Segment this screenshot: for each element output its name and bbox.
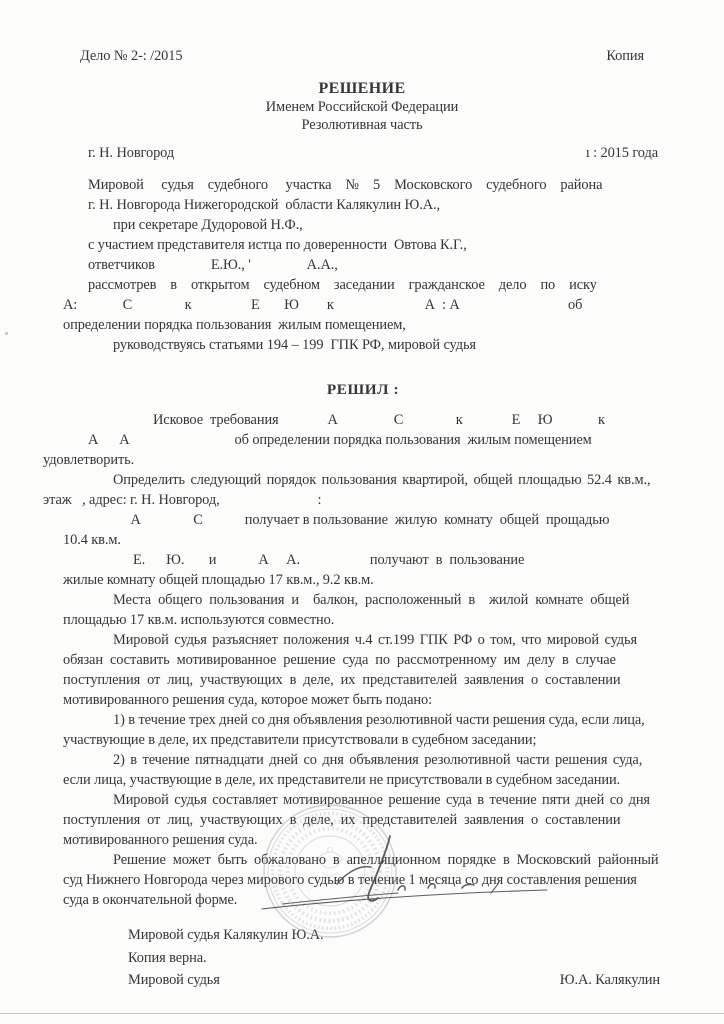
document-line: 1) в течение трех дней со дня объявления…: [63, 710, 703, 730]
judge-title-label: Мировой судья: [128, 969, 220, 992]
document-line: г. Н. Новгорода Нижегородской области Ка…: [63, 195, 703, 215]
document-line: Е. Ю. и А А. получают в пользование: [63, 550, 703, 570]
resolution-heading: РЕШИЛ :: [63, 381, 663, 399]
case-number: Дело № 2-: /2015: [80, 48, 182, 65]
document-line: площадью 17 кв.м. используются совместно…: [63, 610, 703, 630]
document-line: если лица, участвующие в деле, их предст…: [63, 770, 703, 790]
document-line: А А об определении порядка пользования ж…: [63, 430, 703, 450]
document-line: Исковое требования А С к Е Ю к: [63, 410, 703, 430]
signature-block: Мировой судья Калякулин Ю.А. Копия верна…: [128, 924, 703, 992]
resolution-paragraphs: Исковое требования А С к Е Ю кА А об опр…: [63, 410, 703, 910]
document-line: Мировой судья судебного участка № 5 Моск…: [63, 175, 703, 195]
scan-edge-artifact: [0, 1013, 724, 1014]
title-block: РЕШЕНИЕ Именем Российской Федерации Резо…: [0, 80, 724, 134]
header-row: Дело № 2-: /2015 Копия: [0, 0, 724, 65]
scan-dot-artifact: [5, 332, 8, 335]
document-line: Места общего пользования и балкон, распо…: [63, 590, 703, 610]
document-line: поступления от лиц, участвующих в деле, …: [63, 810, 703, 830]
document-line: суд Нижнего Новгорода через мирового суд…: [63, 870, 703, 890]
document-line: жилые комнату общей площадью 17 кв.м., 9…: [63, 570, 703, 590]
document-line: ответчиков Е.Ю., ' А.А.,: [63, 255, 703, 275]
document-line: Мировой судья составляет мотивированное …: [63, 790, 703, 810]
document-body: Мировой судья судебного участка № 5 Моск…: [0, 175, 703, 992]
city-label: г. Н. Новгород: [88, 145, 174, 162]
document-line: 10.4 кв.м.: [63, 530, 703, 550]
document-line: определении порядка пользования жилым по…: [63, 315, 703, 335]
date-label: ı : 2015 года: [586, 145, 658, 162]
document-line: с участием представителя истца по довере…: [63, 235, 703, 255]
document-line: обязан составить мотивированное решение …: [63, 650, 703, 670]
judge-name-line: Мировой судья Калякулин Ю.А.: [128, 924, 703, 947]
signature-row: Мировой судья Ю.А. Калякулин: [128, 969, 668, 992]
document-title: РЕШЕНИЕ: [0, 80, 724, 98]
copy-label: Копия: [606, 48, 644, 65]
document-line: Мировой судья разъясняет положения ч.4 с…: [63, 630, 703, 650]
copy-certified-line: Копия верна.: [128, 947, 703, 970]
city-date-row: г. Н. Новгород ı : 2015 года: [0, 145, 724, 162]
document-line: 2) в течение пятнадцати дней со дня объя…: [63, 750, 703, 770]
document-line: А С получает в пользование жилую комнату…: [63, 510, 703, 530]
document-line: руководствуясь статьями 194 – 199 ГПК РФ…: [63, 335, 703, 355]
document-page: Дело № 2-: /2015 Копия РЕШЕНИЕ Именем Ро…: [0, 0, 724, 1024]
document-line: А: С к Е Ю к А : А об: [63, 295, 703, 315]
document-line: суда в окончательной форме.: [63, 890, 703, 910]
document-subtitle: Именем Российской Федерации: [0, 98, 724, 116]
document-line: этаж , адрес: г. Н. Новгород, :: [43, 490, 703, 510]
document-line: удовлетворить.: [43, 450, 703, 470]
intro-paragraphs: Мировой судья судебного участка № 5 Моск…: [63, 175, 703, 355]
document-line: поступления от лиц, участвующих в деле, …: [63, 670, 703, 690]
document-line: мотивированного решения суда.: [63, 830, 703, 850]
document-part-label: Резолютивная часть: [0, 116, 724, 134]
document-line: при секретаре Дудоровой Н.Ф.,: [63, 215, 703, 235]
document-line: мотивированного решения суда, которое мо…: [63, 690, 703, 710]
document-line: Определить следующий порядок пользования…: [63, 470, 703, 490]
document-line: рассмотрев в открытом судебном заседании…: [63, 275, 703, 295]
document-line: участвующие в деле, их представители при…: [63, 730, 703, 750]
document-line: Решение может быть обжаловано в апелляци…: [63, 850, 703, 870]
judge-signature-name: Ю.А. Калякулин: [560, 969, 660, 992]
